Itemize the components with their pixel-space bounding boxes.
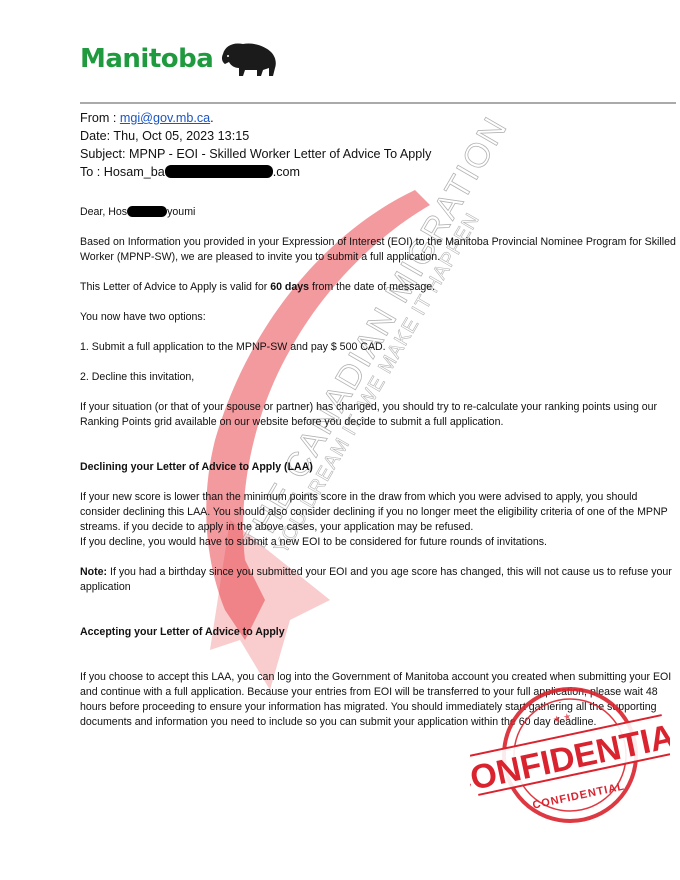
letter-body: Dear, Hosyoumi Based on Information you … bbox=[80, 205, 680, 730]
manitoba-logo: Manitoba bbox=[80, 40, 279, 78]
email-header: From : mgi@gov.mb.ca. Date: Thu, Oct 05,… bbox=[80, 109, 431, 181]
greeting: Dear, Hosyoumi bbox=[80, 205, 680, 220]
intro-paragraph: Based on Information you provided in you… bbox=[80, 235, 680, 265]
stamp-main-text: CONFIDENTIAL bbox=[470, 713, 670, 803]
situation-paragraph: If your situation (or that of your spous… bbox=[80, 400, 680, 430]
logo-text: Manitoba bbox=[80, 44, 213, 74]
option-1: 1. Submit a full application to the MPNP… bbox=[80, 340, 680, 355]
from-email-link[interactable]: mgi@gov.mb.ca bbox=[120, 111, 210, 125]
accepting-heading: Accepting your Letter of Advice to Apply bbox=[80, 625, 680, 640]
redaction bbox=[165, 165, 273, 178]
declining-paragraph: If your new score is lower than the mini… bbox=[80, 490, 680, 535]
redaction bbox=[127, 206, 167, 217]
note-paragraph: Note: If you had a birthday since you su… bbox=[80, 565, 680, 595]
validity-paragraph: This Letter of Advice to Apply is valid … bbox=[80, 280, 680, 295]
bison-icon bbox=[219, 40, 279, 78]
option-2: 2. Decline this invitation, bbox=[80, 370, 680, 385]
subject-line: Subject: MPNP - EOI - Skilled Worker Let… bbox=[80, 145, 431, 163]
header-divider bbox=[80, 102, 676, 104]
to-line: To : Hosam_ba.com bbox=[80, 163, 431, 181]
stamp-top-text: ★ ★ bbox=[552, 711, 572, 725]
declining-heading: Declining your Letter of Advice to Apply… bbox=[80, 460, 680, 475]
date-line: Date: Thu, Oct 05, 2023 13:15 bbox=[80, 127, 431, 145]
from-line: From : mgi@gov.mb.ca. bbox=[80, 109, 431, 127]
confidential-stamp: CONFIDENTIAL CONFIDENTIAL ★ ★ bbox=[470, 680, 670, 830]
declining-paragraph-2: If you decline, you would have to submit… bbox=[80, 535, 680, 550]
options-intro: You now have two options: bbox=[80, 310, 680, 325]
